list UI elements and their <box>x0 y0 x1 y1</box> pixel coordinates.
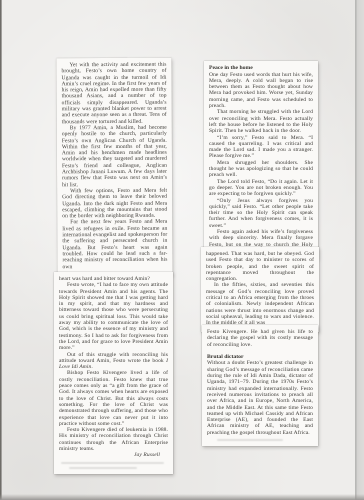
section-heading-brutal-dictator: Brutal dictator <box>207 354 313 361</box>
right-column-clipping-1: Peace in the home One day Festo used wor… <box>204 61 318 259</box>
continuation-line: happened. That was hard, but he obeyed. … <box>206 251 314 282</box>
left-column-clipping-2: heart was hard and bitter toward Amin? F… <box>54 272 173 474</box>
paragraph: Without a doubt Festo’s greatest challen… <box>207 360 313 436</box>
page-edge-right <box>355 0 364 500</box>
paragraph: Festo Kivengere died of leukemia in 1988… <box>59 427 168 452</box>
paragraph: “Only Jesus always forgives you quickly,… <box>209 198 313 229</box>
paragraph: Yet with the activity and excitement thi… <box>61 62 166 126</box>
paragraph: That morning he struggled with the Lord … <box>209 109 313 134</box>
section-heading-peace-in-the-home: Peace in the home <box>209 65 313 72</box>
paragraph: Mera shrugged her shoulders. She thought… <box>209 160 313 179</box>
scanned-page: Yet with the activity and excitement thi… <box>0 0 364 500</box>
left-column-clipping-1: Yet with the activity and excitement thi… <box>56 58 172 275</box>
paragraph: Bishop Festo Kivengere lived a life of c… <box>59 370 168 427</box>
paragraph: For the next few years Festo and Mera li… <box>62 219 167 270</box>
paragraph-text: Out of this struggle with reconciling hi… <box>59 352 168 364</box>
paragraph: With few options, Festo and Mera felt Go… <box>62 188 167 220</box>
scan-edge-left <box>0 0 2 500</box>
paragraph: The Lord told Festo, “Do it again. Let i… <box>209 179 313 198</box>
paragraph: Out of this struggle with reconciling hi… <box>59 352 168 371</box>
paragraph: Festo wrote, “I had to face my own attit… <box>59 282 168 351</box>
author-byline: Jay Russell <box>59 452 168 458</box>
right-column-clipping-3: Festo Kivengere. He had given his life t… <box>202 325 318 446</box>
paragraph: One day Festo used words that hurt his w… <box>209 72 313 110</box>
paragraph: By 1977 Amin, a Muslim, had become openl… <box>62 125 167 189</box>
scan-edge-bottom <box>0 494 364 500</box>
continuation-line: Festo Kivengere. He had given his life t… <box>207 329 313 348</box>
ink-bleed-ghost-line <box>217 439 283 441</box>
paragraph: In the fifties, sixties, and seventies t… <box>206 282 314 326</box>
ink-bleed-ghost-line <box>61 462 164 464</box>
right-column-clipping-2: happened. That was hard, but he obeyed. … <box>201 247 319 332</box>
paragraph: “I’m sorry,” Festo said to Mera. “I caus… <box>209 135 313 160</box>
ink-bleed-ghost-line <box>69 467 137 469</box>
